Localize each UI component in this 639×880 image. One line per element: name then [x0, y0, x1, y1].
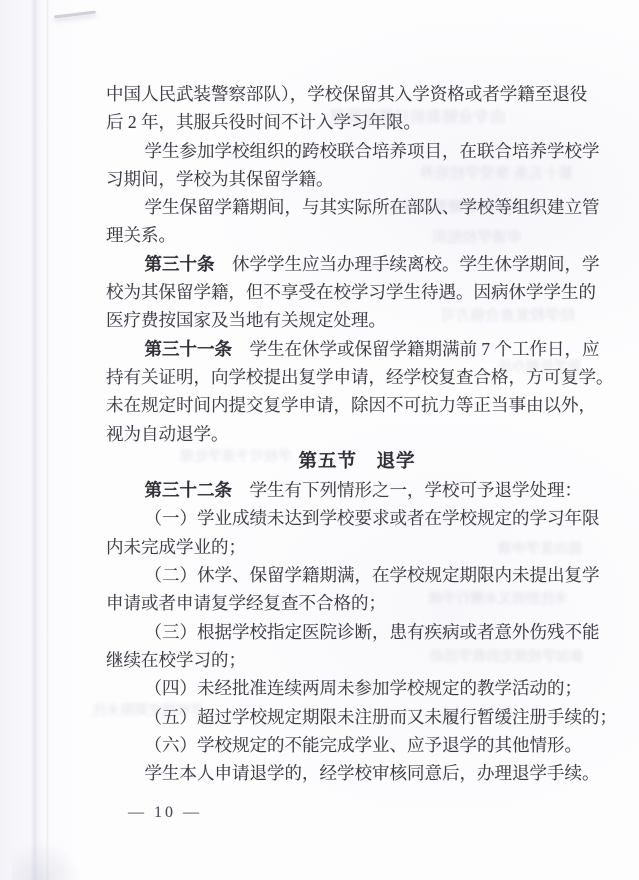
document-body: 中国人民武装警察部队），学校保留其入学资格或者学籍至退役后 2 年，其服兵役时间…: [106, 0, 608, 787]
text-line: 视为自动退学。: [106, 420, 608, 448]
text-line: 学生保留学籍期间，与其实际所在部队、学校等组织建立管: [106, 193, 608, 221]
text-line: 持有关证明，向学校提出复学申请，经学校复查合格，方可复学。: [106, 363, 608, 391]
text-line: （四）未经批准连续两周未参加学校规定的教学活动的；: [106, 674, 608, 702]
scan-crease: [30, 0, 44, 880]
section-heading-text: 第五节 退学: [298, 452, 415, 472]
scan-bottom-smudge: [12, 840, 82, 880]
text-line: 第三十一条 学生在休学或保留学籍期满前 7 个工作日，应: [106, 335, 608, 363]
text-line: 后 2 年，其服兵役时间不计入学习年限。: [106, 108, 608, 136]
text-line: 中国人民武装警察部队），学校保留其入学资格或者学籍至退役: [106, 80, 608, 108]
article-number: 第三十一条: [145, 339, 233, 359]
text-line: （一）学业成绩未达到学校要求或者在学校规定的学习年限: [106, 504, 608, 532]
article-number: 第三十条: [145, 254, 215, 274]
text-line: 未在规定时间内提交复学申请，除因不可抗力等正当事由以外，: [106, 391, 608, 419]
text-line: 内未完成学业的；: [106, 533, 608, 561]
text-line: 医疗费按国家及当地有关规定处理。: [106, 306, 608, 334]
text-line: 理关系。: [106, 221, 608, 249]
scan-page: 中国人民武装警察部队），学校保留其入学资格或者学籍至退役后 2 年，其服兵役时间…: [0, 0, 639, 880]
text-line: （三）根据学校指定医院诊断，患有疾病或者意外伤残不能: [106, 618, 608, 646]
text-line: 学生参加学校组织的跨校联合培养项目，在联合培养学校学: [106, 137, 608, 165]
text-line: （六）学校规定的不能完成学业、应予退学的其他情形。: [106, 731, 608, 759]
text-line: 第三十条 休学学生应当办理手续离校。学生休学期间，学: [106, 250, 608, 278]
text-line: 申请或者申请复学经复查不合格的；: [106, 589, 608, 617]
text-line: 习期间，学校为其保留学籍。: [106, 165, 608, 193]
text-line: 学生本人申请退学的，经学校审核同意后，办理退学手续。: [106, 759, 608, 787]
page-number: — 10 —: [128, 804, 202, 822]
text-line: 继续在校学习的；: [106, 646, 608, 674]
scan-crease-thin: [46, 0, 49, 880]
scan-corner-mark: [54, 10, 96, 18]
article-number: 第三十二条: [145, 480, 233, 500]
text-line: （二）休学、保留学籍期满，在学校规定期限内未提出复学: [106, 561, 608, 589]
text-line: 校为其保留学籍，但不享受在校学习学生待遇。因病休学学生的: [106, 278, 608, 306]
text-line: （五）超过学校规定期限未注册而又未履行暂缓注册手续的；: [106, 703, 608, 731]
text-line: 第三十二条 学生有下列情形之一，学校可予退学处理：: [106, 476, 608, 504]
section-heading: 第五节 退学: [106, 448, 608, 476]
